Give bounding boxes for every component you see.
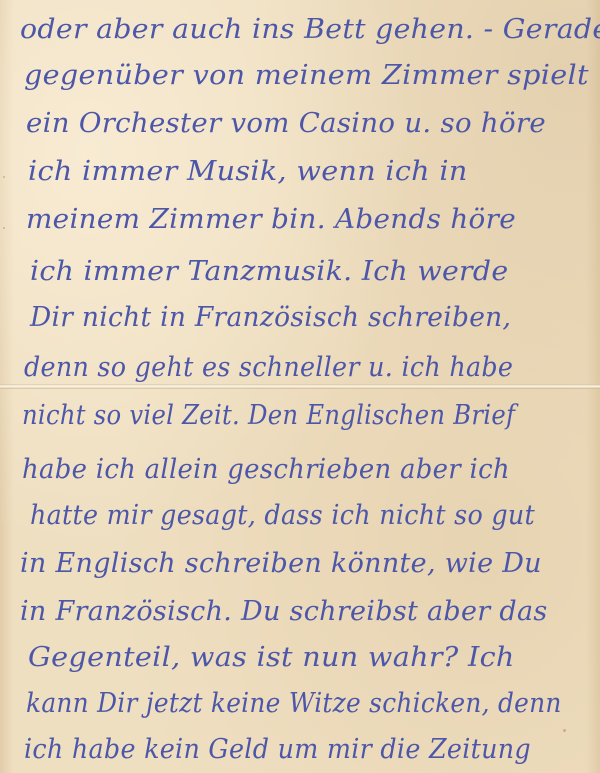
letter-line: gegenüber von meinem Zimmer spielt <box>24 60 589 91</box>
letter-body: oder aber auch ins Bett gehen. - Gerade … <box>0 0 600 773</box>
letter-line: oder aber auch ins Bett gehen. - Gerade <box>20 14 600 45</box>
letter-line: in Französisch. Du schreibst aber das <box>20 596 548 627</box>
letter-line: kann Dir jetzt keine Witze schicken, den… <box>26 688 562 719</box>
letter-line: Gegenteil, was ist nun wahr? Ich <box>28 642 515 673</box>
letter-line: Dir nicht in Französisch schreiben, <box>30 302 511 333</box>
letter-line: habe ich allein geschrieben aber ich <box>22 454 510 485</box>
letter-line: in Englisch schreiben könnte, wie Du <box>20 548 542 579</box>
letter-line: ich habe kein Geld um mir die Zeitung <box>24 734 531 765</box>
letter-line: meinem Zimmer bin. Abends höre <box>26 204 516 235</box>
letter-line: nicht so viel Zeit. Den Englischen Brief <box>22 400 515 431</box>
letter-line: ein Orchester vom Casino u. so höre <box>26 108 546 139</box>
letter-line: ich immer Tanzmusik. Ich werde <box>30 256 508 287</box>
letter-line: ich immer Musik, wenn ich in <box>28 156 468 187</box>
letter-line: denn so geht es schneller u. ich habe <box>24 352 513 383</box>
letter-line: hatte mir gesagt, dass ich nicht so gut <box>30 500 535 531</box>
